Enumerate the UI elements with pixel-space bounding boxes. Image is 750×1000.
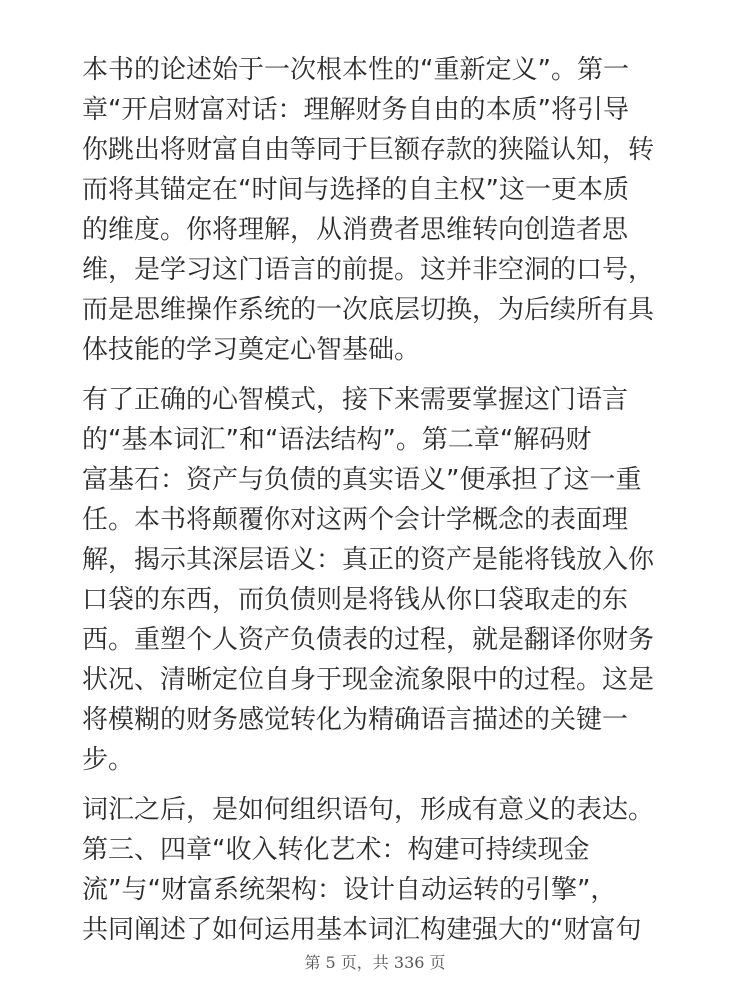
text-line: 词汇之后，是如何组织语句，形成有意义的表达。 (82, 790, 682, 830)
text-line: 口袋的东西，而负债则是将钱从你口袋取走的东 (82, 580, 682, 620)
text-line: 的“基本词汇”和“语法结构”。第二章“解码财 (82, 420, 682, 460)
text-line: 维，是学习这门语言的前提。这并非空洞的口号， (82, 250, 682, 290)
text-line: 第三、四章“收入转化艺术：构建可持续现金 (82, 830, 682, 870)
text-line: 西。重塑个人资产负债表的过程，就是翻译你财务 (82, 620, 682, 660)
text-line: 富基石：资产与负债的真实语义”便承担了这一重 (82, 460, 682, 500)
document-body: 本书的论述始于一次根本性的“重新定义”。第一 章“开启财富对话：理解财务自由的本… (82, 50, 682, 960)
paragraph-2: 有了正确的心智模式，接下来需要掌握这门语言 的“基本词汇”和“语法结构”。第二章… (82, 380, 682, 780)
text-line: 有了正确的心智模式，接下来需要掌握这门语言 (82, 380, 682, 420)
text-line: 的维度。你将理解，从消费者思维转向创造者思 (82, 210, 682, 250)
text-line: 状况、清晰定位自身于现金流象限中的过程。这是 (82, 660, 682, 700)
paragraph-3: 词汇之后，是如何组织语句，形成有意义的表达。 第三、四章“收入转化艺术：构建可持… (82, 790, 682, 950)
text-line: 将模糊的财务感觉转化为精确语言描述的关键一 (82, 700, 682, 740)
text-line: 体技能的学习奠定心智基础。 (82, 330, 682, 370)
text-line: 本书的论述始于一次根本性的“重新定义”。第一 (82, 50, 682, 90)
text-line: 任。本书将颠覆你对这两个会计学概念的表面理 (82, 500, 682, 540)
text-line: 而将其锚定在“时间与选择的自主权”这一更本质 (82, 170, 682, 210)
text-line: 章“开启财富对话：理解财务自由的本质”将引导 (82, 90, 682, 130)
paragraph-1: 本书的论述始于一次根本性的“重新定义”。第一 章“开启财富对话：理解财务自由的本… (82, 50, 682, 370)
text-line: 流”与“财富系统架构：设计自动运转的引擎”， (82, 870, 682, 910)
text-line: 共同阐述了如何运用基本词汇构建强大的“财富句 (82, 910, 682, 950)
text-line: 步。 (82, 740, 682, 780)
text-line: 你跳出将财富自由等同于巨额存款的狭隘认知，转 (82, 130, 682, 170)
document-page: 本书的论述始于一次根本性的“重新定义”。第一 章“开启财富对话：理解财务自由的本… (0, 0, 750, 1000)
text-line: 而是思维操作系统的一次底层切换，为后续所有具 (82, 290, 682, 330)
text-line: 解，揭示其深层语义：真正的资产是能将钱放入你 (82, 540, 682, 580)
page-indicator: 第 5 页，共 336 页 (0, 952, 750, 974)
